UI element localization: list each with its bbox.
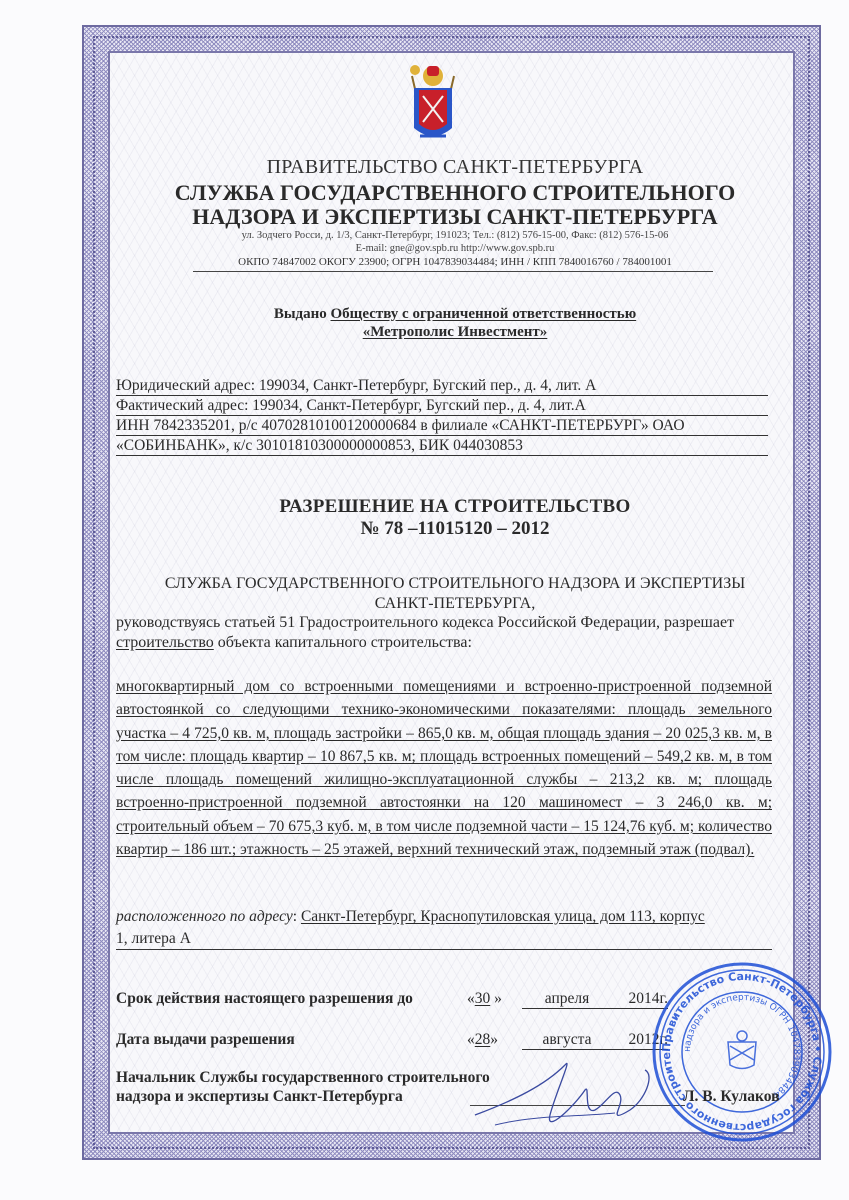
organization-name-quoted: «Метрополис Инвестмент» [363, 324, 548, 340]
object-description: многоквартирный дом со встроенными помещ… [116, 675, 772, 861]
service-address: ул. Зодчего Росси, д. 1/3, Санкт-Петербу… [110, 230, 800, 241]
object-location-line1: расположенного по адресу: Санкт-Петербур… [116, 903, 776, 931]
official-stamp-icon: Правительство Санкт-Петербурга • Служба … [650, 960, 835, 1145]
signatory-title-line1: Начальник Службы государственного строит… [116, 1069, 490, 1087]
actual-address: Фактический адрес: 199034, Санкт-Петербу… [116, 396, 768, 416]
validity-label: Срок действия настоящего разрешения до [116, 990, 413, 1008]
signatory-title-line2: надзора и экспертизы Санкт-Петербурга [116, 1088, 403, 1106]
organization-name: Обществу с ограниченной ответственностью [331, 306, 637, 322]
body-service-line1: СЛУЖБА ГОСУДАРСТВЕННОГО СТРОИТЕЛЬНОГО НА… [110, 575, 800, 593]
bank-details-line2: «СОБИНБАНК», к/с 30101810300000000853, Б… [116, 436, 768, 456]
issue-month: августа [522, 1031, 612, 1050]
government-title: ПРАВИТЕЛЬСТВО САНКТ-ПЕТЕРБУРГА [110, 156, 800, 179]
service-title-line1: СЛУЖБА ГОСУДАРСТВЕННОГО СТРОИТЕЛЬНОГО [110, 180, 800, 206]
issued-to-line2: «Метрополис Инвестмент» [110, 324, 800, 341]
object-location-line2: 1, литера А [116, 930, 772, 950]
service-title-line2: НАДЗОРА И ЭКСПЕРТИЗЫ САНКТ-ПЕТЕРБУРГА [110, 204, 800, 230]
signature-icon [455, 1055, 670, 1145]
validity-month: апреля [522, 990, 612, 1009]
bank-details-line1: ИНН 7842335201, р/с 40702810100120000684… [116, 416, 768, 436]
validity-day: «30 » [467, 990, 502, 1008]
issued-to-line1: Выдано Обществу с ограниченной ответстве… [110, 306, 800, 323]
legal-address: Юридический адрес: 199034, Санкт-Петербу… [116, 376, 768, 396]
legal-basis: руководствуясь статьей 51 Градостроитель… [116, 613, 776, 653]
service-codes: ОКПО 74847002 ОКОГУ 23900; ОГРН 10478390… [110, 256, 800, 268]
body-service-line2: САНКТ-ПЕТЕРБУРГА, [110, 595, 800, 613]
issue-day: «28» [467, 1031, 498, 1049]
object-address: Санкт-Петербург, Красноп­утиловская улиц… [301, 908, 705, 925]
service-contacts: E-mail: gne@gov.spb.ru http://www.gov.sp… [110, 243, 800, 254]
coat-of-arms-icon [408, 62, 458, 147]
issue-date-label: Дата выдачи разрешения [116, 1031, 295, 1049]
header-divider [193, 271, 713, 272]
permit-title: РАЗРЕШЕНИЕ НА СТРОИТЕЛЬСТВО [110, 496, 800, 518]
signatory-name: Л. В. Кулаков [683, 1088, 780, 1106]
requisites-block: Юридический адрес: 199034, Санкт-Петербу… [116, 376, 768, 456]
permit-number: № 78 –11015120 – 2012 [110, 518, 800, 540]
